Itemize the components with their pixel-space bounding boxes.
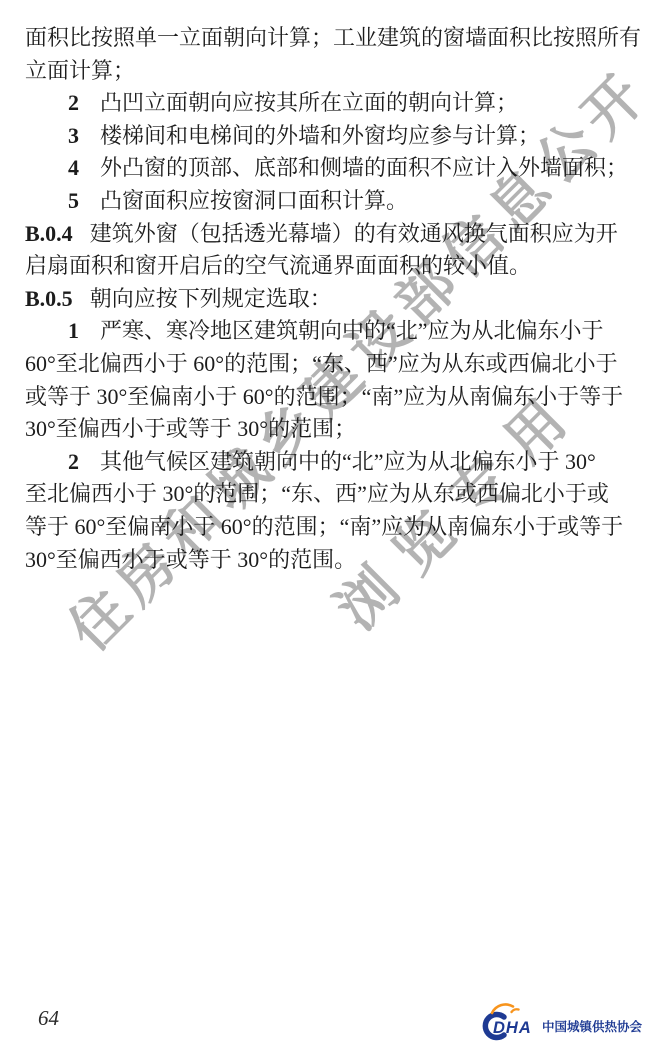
logo-wave-inner-icon bbox=[512, 1009, 519, 1012]
text-line: 面积比按照单一立面朝向计算；工业建筑的窗墙面积比按照所有 bbox=[25, 22, 639, 55]
item-number: 1 bbox=[68, 318, 79, 343]
line-text: 60°至北偏西小于 60°的范围；“东、西”应为从东或西偏北小于 bbox=[25, 351, 618, 376]
association-logo: DHA 中国城镇供热协会 bbox=[480, 1000, 644, 1049]
text-line: 或等于 30°至偏南小于 60°的范围；“南”应为从南偏东小于等于 bbox=[25, 381, 639, 414]
document-page: 住房和城乡建设部信息公开 浏览专用 面积比按照单一立面朝向计算；工业建筑的窗墙面… bbox=[0, 0, 661, 1051]
item-number: 5 bbox=[68, 188, 79, 213]
logo-acronym: DHA bbox=[493, 1019, 532, 1037]
line-text: 或等于 30°至偏南小于 60°的范围；“南”应为从南偏东小于等于 bbox=[25, 384, 623, 409]
text-line: 启扇面积和窗开启后的空气流通界面面积的较小值。 bbox=[25, 250, 639, 283]
page-number: 64 bbox=[38, 1006, 59, 1031]
list-item: 2凸凹立面朝向应按其所在立面的朝向计算； bbox=[25, 87, 639, 120]
logo-wave-outer-icon bbox=[492, 1005, 513, 1013]
clause-line: B.0.4建筑外窗（包括透光幕墙）的有效通风换气面积应为开 bbox=[25, 218, 639, 251]
clause-line: B.0.5朝向应按下列规定选取： bbox=[25, 283, 639, 316]
line-text: 凸凹立面朝向应按其所在立面的朝向计算； bbox=[100, 90, 518, 115]
list-item: 3楼梯间和电梯间的外墙和外窗均应参与计算； bbox=[25, 120, 639, 153]
line-text: 30°至偏西小于或等于 30°的范围； bbox=[25, 416, 356, 441]
text-line: 至北偏西小于 30°的范围；“东、西”应为从东或西偏北小于或 bbox=[25, 478, 639, 511]
list-item: 4外凸窗的顶部、底部和侧墙的面积不应计入外墙面积； bbox=[25, 152, 639, 185]
association-logo-graphic: DHA 中国城镇供热协会 bbox=[480, 1000, 644, 1044]
clause-number: B.0.4 bbox=[25, 221, 73, 246]
line-text: 等于 60°至偏南小于 60°的范围；“南”应为从南偏东小于或等于 bbox=[25, 514, 623, 539]
line-text: 面积比按照单一立面朝向计算；工业建筑的窗墙面积比按照所有 bbox=[25, 25, 641, 50]
list-item: 2其他气候区建筑朝向中的“北”应为从北偏东小于 30° bbox=[25, 446, 639, 479]
text-line: 等于 60°至偏南小于 60°的范围；“南”应为从南偏东小于或等于 bbox=[25, 511, 639, 544]
line-text: 30°至偏西小于或等于 30°的范围。 bbox=[25, 547, 356, 572]
text-line: 30°至偏西小于或等于 30°的范围； bbox=[25, 413, 639, 446]
line-text: 凸窗面积应按窗洞口面积计算。 bbox=[100, 188, 408, 213]
text-line: 30°至偏西小于或等于 30°的范围。 bbox=[25, 544, 639, 577]
item-number: 3 bbox=[68, 123, 79, 148]
line-text: 朝向应按下列规定选取： bbox=[90, 286, 332, 311]
item-number: 2 bbox=[68, 449, 79, 474]
line-text: 其他气候区建筑朝向中的“北”应为从北偏东小于 30° bbox=[100, 449, 596, 474]
line-text: 至北偏西小于 30°的范围；“东、西”应为从东或西偏北小于或 bbox=[25, 481, 609, 506]
line-text: 建筑外窗（包括透光幕墙）的有效通风换气面积应为开 bbox=[90, 221, 618, 246]
line-text: 严寒、寒冷地区建筑朝向中的“北”应为从北偏东小于 bbox=[100, 318, 604, 343]
text-line: 立面计算； bbox=[25, 55, 639, 88]
logo-org-name: 中国城镇供热协会 bbox=[542, 1019, 643, 1034]
list-item: 5凸窗面积应按窗洞口面积计算。 bbox=[25, 185, 639, 218]
line-text: 启扇面积和窗开启后的空气流通界面面积的较小值。 bbox=[25, 253, 531, 278]
list-item: 1严寒、寒冷地区建筑朝向中的“北”应为从北偏东小于 bbox=[25, 315, 639, 348]
item-number: 4 bbox=[68, 155, 79, 180]
line-text: 外凸窗的顶部、底部和侧墙的面积不应计入外墙面积； bbox=[100, 155, 628, 180]
text-line: 60°至北偏西小于 60°的范围；“东、西”应为从东或西偏北小于 bbox=[25, 348, 639, 381]
item-number: 2 bbox=[68, 90, 79, 115]
clause-number: B.0.5 bbox=[25, 286, 73, 311]
body-text: 面积比按照单一立面朝向计算；工业建筑的窗墙面积比按照所有 立面计算； 2凸凹立面… bbox=[25, 22, 639, 576]
line-text: 立面计算； bbox=[25, 58, 135, 83]
line-text: 楼梯间和电梯间的外墙和外窗均应参与计算； bbox=[100, 123, 540, 148]
